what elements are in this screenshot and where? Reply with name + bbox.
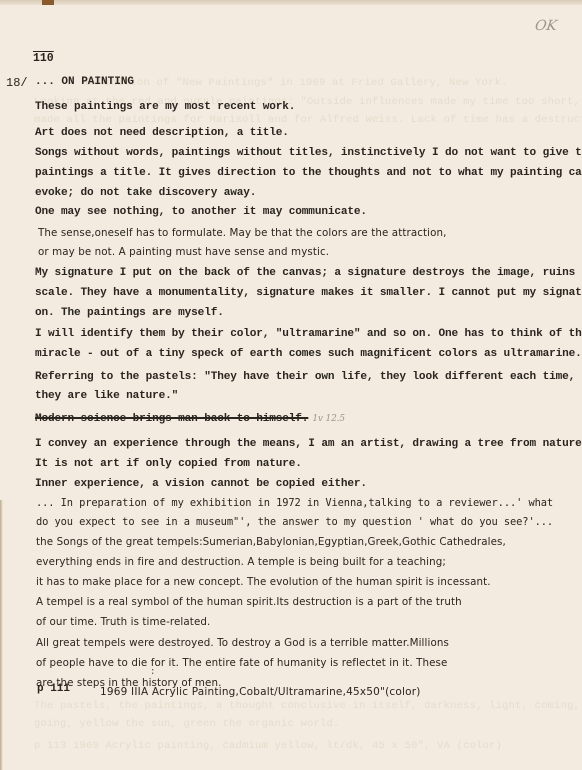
line-text: ... In preparation of my exhibition in 1…	[36, 497, 553, 509]
page-top-edge	[0, 0, 582, 5]
text-line: on. The paintings are myself.	[35, 307, 224, 319]
line-text: My signature I put on the back of the ca…	[35, 267, 582, 279]
line-text: I will identify them by their color, "ul…	[35, 328, 582, 340]
page-number: 110	[33, 52, 54, 65]
text-line: A tempel is a real symbol of the human s…	[36, 596, 462, 608]
page-left-edge	[0, 500, 3, 770]
line-text: Modern science brings man back to himsel…	[35, 413, 308, 425]
text-line: The sense,oneself has to formulate. May …	[38, 227, 446, 239]
line-text: scale. They have a monumentality, signat…	[35, 287, 582, 299]
bleed-through-line: going, yellow the sun, green the organic…	[34, 718, 340, 730]
bleed-through-line: made all the paintings for Marisoll and …	[34, 114, 582, 126]
text-line: All great tempels were destroyed. To des…	[36, 637, 449, 649]
text-line: It is not art if only copied from nature…	[35, 458, 302, 470]
line-text: of our time. Truth is time-related.	[36, 616, 210, 628]
line-text: everything ends in fire and destruction.…	[36, 556, 446, 568]
text-line: miracle - out of a tiny speck of earth c…	[35, 348, 582, 360]
text-line: Referring to the pastels: "They have the…	[35, 371, 575, 383]
text-line: it has to make place for a new concept. …	[36, 576, 491, 588]
text-line: evoke; do not take discovery away.	[35, 187, 256, 199]
text-line: Art does not need description, a title.	[35, 127, 289, 139]
bleed-through-line: Exhibition of "New Paintings" in 1969 at…	[85, 77, 508, 89]
line-text: evoke; do not take discovery away.	[35, 187, 256, 199]
bleed-through-line: p 113 1969 Acrylic painting, cadmium yel…	[34, 740, 502, 752]
text-line: scale. They have a monumentality, signat…	[35, 287, 582, 299]
text-line: the Songs of the great tempels:Sumerian,…	[36, 536, 506, 548]
line-text: A tempel is a real symbol of the human s…	[36, 596, 462, 608]
text-line: paintings a title. It gives direction to…	[35, 167, 582, 179]
line-text: do you expect to see in a museum"', the …	[36, 516, 553, 528]
painting-caption: 1969 IIIA Acrylic Painting,Cobalt/Ultram…	[100, 686, 421, 698]
text-line: I will identify them by their color, "ul…	[35, 328, 582, 340]
line-text: Inner experience, a vision cannot be cop…	[35, 478, 367, 490]
text-line: or may be not. A painting must have sens…	[38, 246, 329, 258]
line-text: I convey an experience through the means…	[35, 438, 582, 450]
line-text: on. The paintings are myself.	[35, 307, 224, 319]
text-line: do you expect to see in a museum"', the …	[36, 516, 553, 528]
line-text: the Songs of the great tempels:Sumerian,…	[36, 536, 506, 548]
bleed-through-line: The pastels, the paintings, a thought co…	[34, 700, 580, 712]
text-line: Inner experience, a vision cannot be cop…	[35, 478, 367, 490]
line-text: it has to make place for a new concept. …	[36, 576, 491, 588]
line-text: All great tempels were destroyed. To des…	[36, 637, 449, 649]
line-text: they are like nature."	[35, 390, 178, 402]
line-text: Songs without words, paintings without t…	[35, 147, 582, 159]
text-line: Modern science brings man back to himsel…	[35, 413, 345, 425]
text-line: of people have to die for it. The entire…	[36, 657, 447, 669]
reference-page: p 111	[37, 683, 70, 695]
handwritten-ok-mark: OK	[534, 18, 558, 34]
line-text: Referring to the pastels: "They have the…	[35, 371, 575, 383]
line-text: of people have to die for it. The entire…	[36, 657, 447, 669]
text-line: they are like nature."	[35, 390, 178, 402]
line-text: These paintings are my most recent work.	[35, 101, 295, 113]
line-text: miracle - out of a tiny speck of earth c…	[35, 348, 582, 360]
line-text: or may be not. A painting must have sens…	[38, 246, 329, 258]
text-line: My signature I put on the back of the ca…	[35, 267, 582, 279]
line-text: The sense,oneself has to formulate. May …	[38, 227, 446, 239]
text-line: Songs without words, paintings without t…	[35, 147, 582, 159]
section-number: 18/	[6, 76, 28, 90]
text-line: One may see nothing, to another it may c…	[35, 206, 367, 218]
text-line: These paintings are my most recent work.	[35, 101, 295, 113]
line-text: Art does not need description, a title.	[35, 127, 289, 139]
text-line: I convey an experience through the means…	[35, 438, 582, 450]
line-text: It is not art if only copied from nature…	[35, 458, 302, 470]
section-title: ... ON PAINTING	[35, 76, 134, 88]
line-text: paintings a title. It gives direction to…	[35, 167, 582, 179]
handwritten-note: 1v 12.5	[312, 414, 345, 424]
text-line: everything ends in fire and destruction.…	[36, 556, 446, 568]
text-line: of our time. Truth is time-related.	[36, 616, 210, 628]
text-line: ... In preparation of my exhibition in 1…	[36, 497, 553, 509]
ink-mark: :	[150, 667, 155, 677]
binder-tab	[42, 0, 54, 5]
line-text: One may see nothing, to another it may c…	[35, 206, 367, 218]
